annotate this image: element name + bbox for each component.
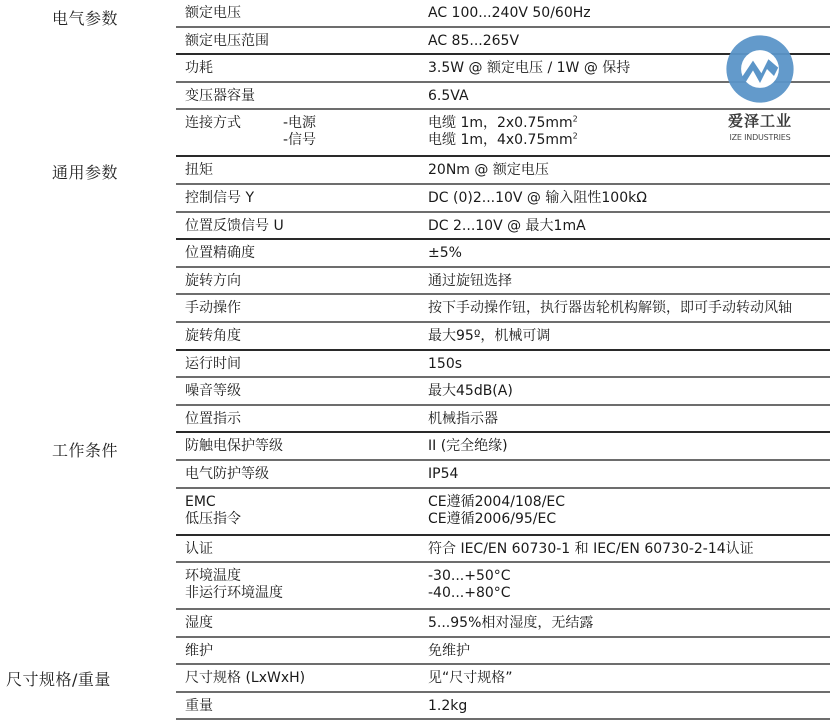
section-label-electrical: 电气参数 <box>52 6 118 29</box>
row-label: 旋转方向 <box>176 268 428 294</box>
row-label: 额定电压 <box>176 0 428 26</box>
table-row: 认证 符合 IEC/EN 60730-1 和 IEC/EN 60730-2-14… <box>176 536 830 564</box>
row-value: DC 2...10V @ 最大1mA <box>428 213 830 239</box>
row-label: 旋转角度 <box>176 323 428 349</box>
table-row: 尺寸规格 (LxWxH) 见“尺寸规格” <box>176 665 830 693</box>
row-label: 电气防护等级 <box>176 461 428 487</box>
row-label: 噪音等级 <box>176 378 428 404</box>
table-row: 运行时间 150s <box>176 351 830 379</box>
row-label: 手动操作 <box>176 295 428 321</box>
row-label: 位置精确度 <box>176 240 428 266</box>
row-value: AC 100...240V 50/60Hz <box>428 0 830 26</box>
row-label: 认证 <box>176 536 428 562</box>
table-row: 控制信号 Y DC (0)2...10V @ 输入阻性100kΩ <box>176 185 830 213</box>
section-label-operating-conditions: 工作条件 <box>52 438 118 461</box>
row-label: 变压器容量 <box>176 83 428 109</box>
row-value: DC (0)2...10V @ 输入阻性100kΩ <box>428 185 830 211</box>
row-label: EMC 低压指令 <box>176 489 428 534</box>
row-label: 扭矩 <box>176 157 428 183</box>
row-value: 见“尺寸规格” <box>428 665 830 691</box>
row-value: 最大45dB(A) <box>428 378 830 404</box>
row-label: 重量 <box>176 693 428 719</box>
table-row: 位置反馈信号 U DC 2...10V @ 最大1mA <box>176 213 830 241</box>
row-label: 功耗 <box>176 55 428 81</box>
row-value: 1.2kg <box>428 693 830 719</box>
row-label: 额定电压范围 <box>176 28 428 54</box>
table-row: 扭矩 20Nm @ 额定电压 <box>176 157 830 185</box>
table-row: 手动操作 按下手动操作钮，执行器齿轮机构解锁，即可手动转动风轴 <box>176 295 830 323</box>
value-storage-temp: -40...+80°C <box>428 585 511 601</box>
table-row: 湿度 5...95%相对湿度，无结露 <box>176 610 830 638</box>
logo-name-cn: 爱泽工业 <box>712 110 808 131</box>
row-label: 尺寸规格 (LxWxH) <box>176 665 428 691</box>
row-value: 5...95%相对湿度，无结露 <box>428 610 830 636</box>
row-value: 符合 IEC/EN 60730-1 和 IEC/EN 60730-2-14认证 <box>428 536 830 562</box>
row-label: 运行时间 <box>176 351 428 377</box>
row-label: 环境温度 非运行环境温度 <box>176 563 428 608</box>
row-label: 连接方式 -电源 -信号 <box>176 110 428 155</box>
table-row: 噪音等级 最大45dB(A) <box>176 378 830 406</box>
label-low-voltage: 低压指令 <box>185 511 241 527</box>
row-label: 位置反馈信号 U <box>176 213 428 239</box>
row-label: 维护 <box>176 638 428 664</box>
value-emc: CE遵循2004/108/EC <box>428 494 565 510</box>
table-row: EMC 低压指令 CE遵循2004/108/EC CE遵循2006/95/EC <box>176 489 830 536</box>
logo-name-en: IZE INDUSTRIES <box>712 133 808 142</box>
section-label-general: 通用参数 <box>52 160 118 183</box>
ize-logo-icon <box>725 34 795 104</box>
table-row: 位置指示 机械指示器 <box>176 406 830 434</box>
row-value: 最大95º，机械可调 <box>428 323 830 349</box>
section-label-dimensions-weight: 尺寸规格/重量 <box>6 667 111 690</box>
row-value: IP54 <box>428 461 830 487</box>
table-row: 额定电压 AC 100...240V 50/60Hz <box>176 0 830 28</box>
row-value: 机械指示器 <box>428 406 830 432</box>
table-row: 旋转方向 通过旋钮选择 <box>176 268 830 296</box>
superscript: 2 <box>573 132 578 141</box>
table-row: 重量 1.2kg <box>176 693 830 721</box>
row-value: 通过旋钮选择 <box>428 268 830 294</box>
row-label: 位置指示 <box>176 406 428 432</box>
row-value: 免维护 <box>428 638 830 664</box>
row-value: 20Nm @ 额定电压 <box>428 157 830 183</box>
value-power-cable: 电缆 1m，2x0.75mm <box>428 115 573 131</box>
value-ambient-temp: -30...+50°C <box>428 568 511 584</box>
table-row: 电气防护等级 IP54 <box>176 461 830 489</box>
label-storage-temp: 非运行环境温度 <box>185 585 283 601</box>
table-row: 位置精确度 ±5% <box>176 240 830 268</box>
connection-label: 连接方式 <box>185 115 241 131</box>
value-low-voltage: CE遵循2006/95/EC <box>428 511 556 527</box>
value-signal-cable: 电缆 1m，4x0.75mm <box>428 132 573 148</box>
label-emc: EMC <box>185 494 216 510</box>
row-value: II (完全绝缘) <box>428 433 830 459</box>
row-value: CE遵循2004/108/EC CE遵循2006/95/EC <box>428 489 830 534</box>
label-ambient-temp: 环境温度 <box>185 568 241 584</box>
connection-sub-labels: -电源 -信号 <box>283 115 316 149</box>
row-value: ±5% <box>428 240 830 266</box>
row-value: 150s <box>428 351 830 377</box>
table-row: 环境温度 非运行环境温度 -30...+50°C -40...+80°C <box>176 563 830 610</box>
row-label: 防触电保护等级 <box>176 433 428 459</box>
sub-label-power: -电源 <box>283 115 316 131</box>
table-row: 防触电保护等级 II (完全绝缘) <box>176 433 830 461</box>
row-value: 按下手动操作钮，执行器齿轮机构解锁，即可手动转动风轴 <box>428 295 830 321</box>
row-value: -30...+50°C -40...+80°C <box>428 563 830 608</box>
row-label: 控制信号 Y <box>176 185 428 211</box>
superscript: 2 <box>573 115 578 124</box>
sub-label-signal: -信号 <box>283 132 316 148</box>
row-label: 湿度 <box>176 610 428 636</box>
table-row: 维护 免维护 <box>176 638 830 666</box>
company-logo: 爱泽工业 IZE INDUSTRIES <box>712 34 808 142</box>
table-row: 旋转角度 最大95º，机械可调 <box>176 323 830 351</box>
